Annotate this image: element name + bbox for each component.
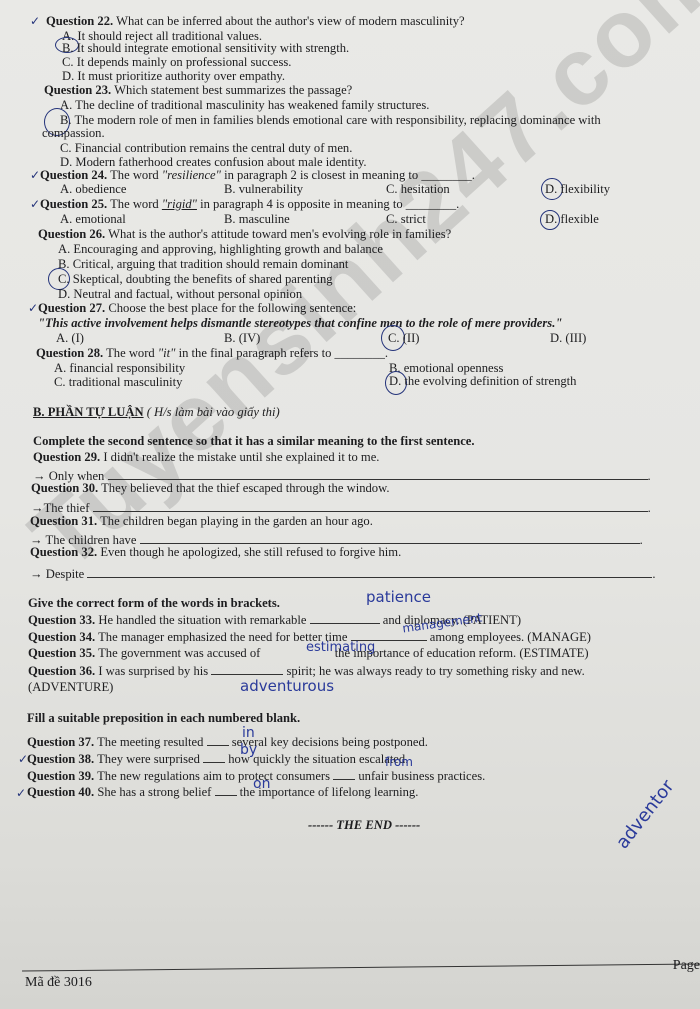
word-form-instruction: Give the correct form of the words in br… — [28, 596, 280, 610]
check-mark-icon: ✓ — [30, 168, 40, 182]
q27-option-d: D. (III) — [550, 331, 586, 345]
footer-divider — [22, 963, 700, 971]
q38-blank[interactable] — [203, 751, 225, 763]
q23-option-b-cont: compassion. — [42, 126, 105, 140]
q24-option-c: C. hesitation — [386, 182, 450, 196]
q32-answer-line: → Despite . — [30, 566, 656, 581]
handwritten-answer-35: estimating — [306, 640, 375, 655]
question-37: Question 37. The meeting resulted severa… — [27, 734, 428, 749]
margin-handwriting: adventor — [612, 776, 678, 853]
q26-option-c: C. Skeptical, doubting the benefits of s… — [58, 272, 333, 286]
question-24: Question 24. The word "resilience" in pa… — [40, 168, 475, 182]
q28-option-b: B. emotional openness — [389, 361, 503, 375]
q36-word: (ADVENTURE) — [28, 680, 113, 694]
q29-blank[interactable] — [108, 468, 648, 480]
q24-option-d: D. flexibility — [545, 182, 610, 196]
exam-page: Tuyensinh247.com ✓ Question 22. What can… — [0, 0, 700, 1009]
q28-option-d: D. the evolving definition of strength — [389, 374, 576, 388]
q25-option-d: D. flexible — [545, 212, 599, 226]
check-mark-icon: ✓ — [30, 14, 40, 28]
question-25: Question 25. The word "rigid" in paragra… — [40, 197, 459, 211]
handwritten-answer-33: patience — [366, 588, 431, 606]
q28-option-c: C. traditional masculinity — [54, 375, 182, 389]
check-mark-icon: ✓ — [16, 786, 26, 800]
q24-option-a: A. obedience — [60, 182, 126, 196]
q26-option-b: B. Critical, arguing that tradition shou… — [58, 257, 348, 271]
q36-blank[interactable] — [211, 663, 283, 675]
question-27: Question 27. Choose the best place for t… — [38, 301, 356, 315]
handwritten-answer-37: in — [242, 725, 255, 741]
check-mark-icon: ✓ — [30, 197, 40, 211]
question-31: Question 31. The children began playing … — [30, 514, 373, 528]
question-40: Question 40. She has a strong belief the… — [27, 784, 418, 799]
rewrite-instruction: Complete the second sentence so that it … — [33, 434, 475, 448]
the-end: ------ THE END ------ — [308, 818, 420, 832]
q26-option-d: D. Neutral and factual, without personal… — [58, 287, 302, 301]
q37-blank[interactable] — [207, 734, 229, 746]
question-23: Question 23. Which statement best summar… — [44, 83, 352, 97]
q28-option-a: A. financial responsibility — [54, 361, 185, 375]
exam-code: Mã đề 3016 — [25, 975, 92, 991]
q24-option-b: B. vulnerability — [224, 182, 303, 196]
q22-option-c: C. It depends mainly on professional suc… — [62, 55, 291, 69]
page-label: Page — [673, 958, 700, 974]
q22-option-b: B. It should integrate emotional sensiti… — [62, 41, 349, 55]
q33-blank[interactable] — [310, 612, 380, 624]
question-29: Question 29. I didn't realize the mistak… — [33, 450, 379, 464]
question-22: Question 22. What can be inferred about … — [46, 14, 465, 28]
question-38: Question 38. They were surprised how qui… — [27, 751, 408, 766]
q23-option-a: A. The decline of traditional masculinit… — [60, 98, 429, 112]
q22-option-d: D. It must prioritize authority over emp… — [62, 69, 285, 83]
handwritten-answer-39: from — [385, 755, 413, 769]
q27-option-a: A. (I) — [56, 331, 84, 345]
q31-blank[interactable] — [140, 532, 640, 544]
preposition-instruction: Fill a suitable preposition in each numb… — [27, 711, 300, 725]
q26-option-a: A. Encouraging and approving, highlighti… — [58, 242, 383, 256]
q30-answer-line: →The thief . — [31, 500, 651, 515]
handwritten-answer-36: adventurous — [240, 677, 334, 695]
q27-option-c: C. (II) — [388, 331, 419, 345]
handwritten-answer-40: on — [253, 776, 270, 792]
question-30: Question 30. They believed that the thie… — [31, 481, 390, 495]
part-b-heading: B. PHẦN TỰ LUẬN ( H/s làm bài vào giấy t… — [33, 405, 280, 419]
q30-blank[interactable] — [93, 500, 648, 512]
question-36: Question 36. I was surprised by his spir… — [28, 663, 585, 678]
check-mark-icon: ✓ — [28, 301, 38, 315]
q25-option-a: A. emotional — [60, 212, 126, 226]
question-26: Question 26. What is the author's attitu… — [38, 227, 451, 241]
q39-blank[interactable] — [333, 768, 355, 780]
q40-blank[interactable] — [215, 784, 237, 796]
q27-quote: "This active involvement helps dismantle… — [38, 316, 562, 330]
q32-blank[interactable] — [87, 566, 652, 578]
q23-option-c: C. Financial contribution remains the ce… — [60, 141, 352, 155]
question-28: Question 28. The word "it" in the final … — [36, 346, 388, 360]
q25-option-b: B. masculine — [224, 212, 290, 226]
q23-option-b: B. The modern role of men in families bl… — [60, 113, 601, 127]
q27-option-b: B. (IV) — [224, 331, 260, 345]
q23-option-d: D. Modern fatherhood creates confusion a… — [60, 155, 367, 169]
handwritten-answer-38: by — [240, 742, 257, 758]
question-32: Question 32. Even though he apologized, … — [30, 545, 401, 559]
q25-option-c: C. strict — [386, 212, 426, 226]
